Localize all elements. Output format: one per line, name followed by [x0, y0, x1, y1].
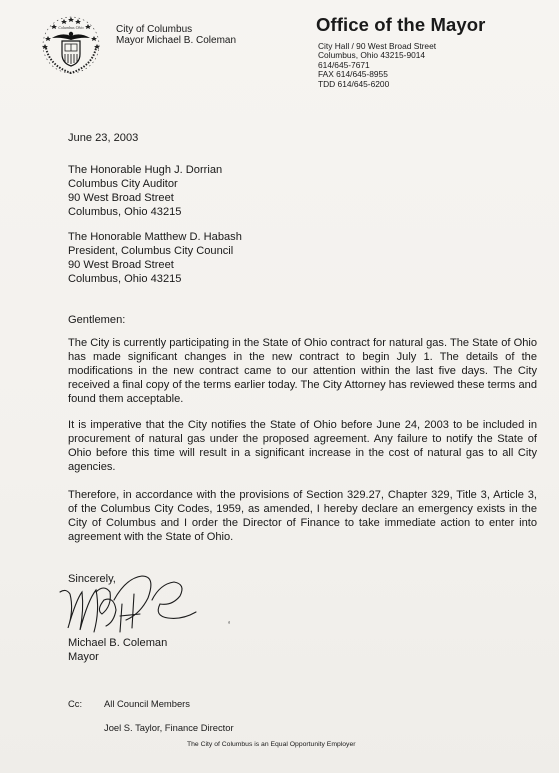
- letter-date: June 23, 2003: [68, 131, 138, 145]
- signer-block: Michael B. Coleman Mayor: [68, 636, 167, 664]
- signer-name: Michael B. Coleman: [68, 636, 167, 650]
- recipient-block: The Honorable Hugh J. Dorrian Columbus C…: [68, 163, 222, 219]
- cc-recipient: Joel S. Taylor, Finance Director: [104, 722, 234, 733]
- city-seal-icon: Columbus Ohio: [40, 14, 102, 76]
- body-paragraph: The City is currently participating in t…: [68, 336, 537, 406]
- cc-label: Cc:: [68, 698, 82, 709]
- footer-eoe: The City of Columbus is an Equal Opportu…: [187, 741, 356, 748]
- recipient-line: Columbus, Ohio 43215: [68, 272, 242, 286]
- cc-recipient: All Council Members: [104, 698, 190, 709]
- office-address: City Hall / 90 West Broad Street Columbu…: [318, 42, 436, 89]
- recipient-line: 90 West Broad Street: [68, 258, 242, 272]
- signature-icon: [56, 570, 216, 640]
- recipient-line: Columbus City Auditor: [68, 177, 222, 191]
- recipient-block: The Honorable Matthew D. Habash Presiden…: [68, 230, 242, 286]
- salutation: Gentlemen:: [68, 313, 125, 327]
- recipient-line: 90 West Broad Street: [68, 191, 222, 205]
- svg-text:Columbus Ohio: Columbus Ohio: [58, 25, 83, 30]
- office-title: Office of the Mayor: [316, 14, 485, 36]
- recipient-line: Columbus, Ohio 43215: [68, 205, 222, 219]
- mayor-line: Mayor Michael B. Coleman: [116, 35, 236, 46]
- body-paragraph: It is imperative that the City notifies …: [68, 418, 537, 474]
- letterhead-left: City of Columbus Mayor Michael B. Colema…: [116, 24, 236, 46]
- signer-title: Mayor: [68, 650, 167, 664]
- letter-page: Columbus Ohio City of Columbus Mayor: [0, 0, 559, 773]
- tdd-line: TDD 614/645-6200: [318, 80, 436, 89]
- recipient-line: President, Columbus City Council: [68, 244, 242, 258]
- recipient-line: The Honorable Matthew D. Habash: [68, 230, 242, 244]
- org-name: City of Columbus: [116, 24, 236, 35]
- ink-mark: ‘: [228, 620, 230, 631]
- recipient-line: The Honorable Hugh J. Dorrian: [68, 163, 222, 177]
- body-paragraph: Therefore, in accordance with the provis…: [68, 488, 537, 544]
